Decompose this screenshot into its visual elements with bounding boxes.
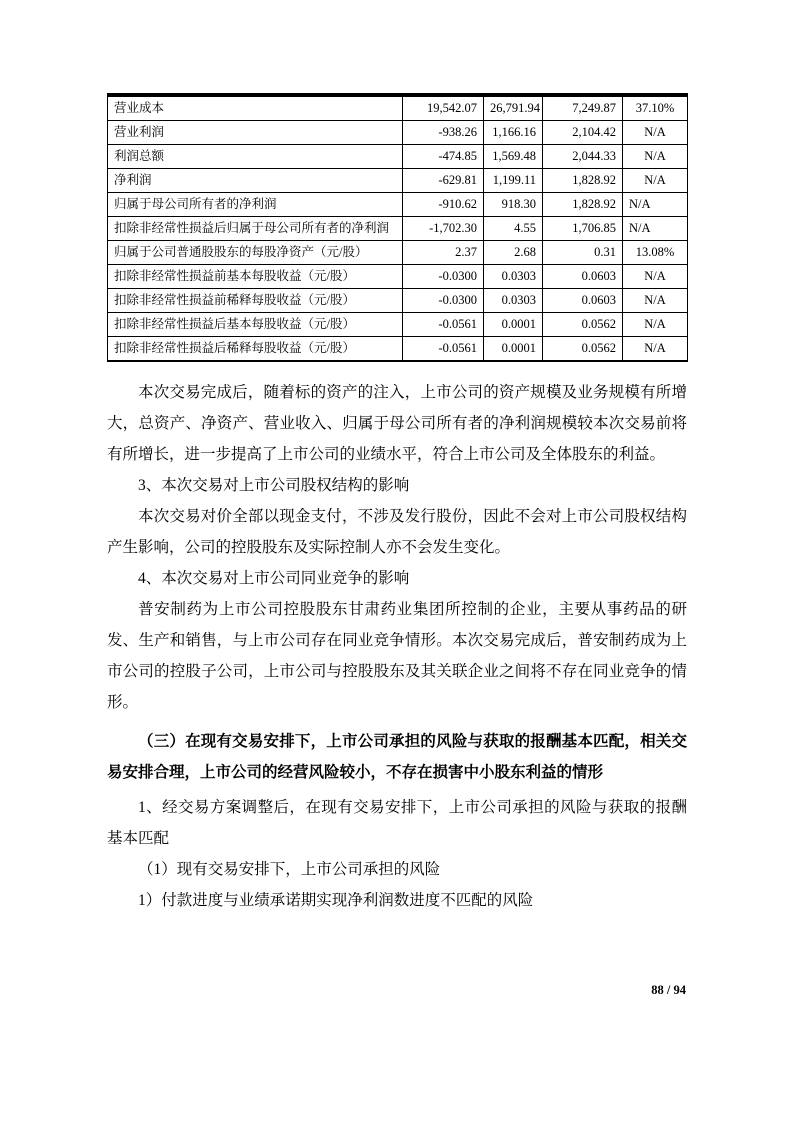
text-blocks: 本次交易完成后，随着标的资产的注入，上市公司的资产规模及业务规模有所增大，总资产… xyxy=(107,377,687,916)
financial-table-body: 营业成本19,542.0726,791.947,249.8737.10%营业利润… xyxy=(108,95,688,361)
row-value: 37.10% xyxy=(623,95,688,121)
row-label: 扣除非经常性损益后归属于母公司所有者的净利润 xyxy=(108,217,403,241)
row-value: 0.0562 xyxy=(543,337,623,362)
table-row: 扣除非经常性损益前基本每股收益（元/股）-0.03000.03030.0603N… xyxy=(108,265,688,289)
row-label: 净利润 xyxy=(108,169,403,193)
row-value: -474.85 xyxy=(403,145,484,169)
table-row: 归属于母公司所有者的净利润-910.62918.301,828.92N/A xyxy=(108,193,688,217)
section-heading-risk-reward: （三）在现有交易安排下，上市公司承担的风险与获取的报酬基本匹配，相关交易安排合理… xyxy=(107,726,687,788)
row-label: 扣除非经常性损益前稀释每股收益（元/股） xyxy=(108,289,403,313)
row-value: 918.30 xyxy=(484,193,543,217)
row-value: 1,706.85 xyxy=(543,217,623,241)
row-value: N/A xyxy=(623,193,688,217)
sub-heading-company-risk: （1）现有交易安排下，上市公司承担的风险 xyxy=(107,854,687,885)
table-row: 扣除非经常性损益后归属于母公司所有者的净利润-1,702.304.551,706… xyxy=(108,217,688,241)
row-label: 归属于公司普通股股东的每股净资产（元/股） xyxy=(108,241,403,265)
row-value: 7,249.87 xyxy=(543,95,623,121)
row-value: -938.26 xyxy=(403,121,484,145)
paragraph-industry-competition: 普安制药为上市公司控股股东甘肃药业集团所控制的企业，主要从事药品的研发、生产和销… xyxy=(107,594,687,718)
row-value: -0.0561 xyxy=(403,337,484,362)
document-content: 营业成本19,542.0726,791.947,249.8737.10%营业利润… xyxy=(107,93,687,916)
table-row: 扣除非经常性损益后基本每股收益（元/股）-0.05610.00010.0562N… xyxy=(108,313,688,337)
row-value: 4.55 xyxy=(484,217,543,241)
table-row: 利润总额-474.851,569.482,044.33N/A xyxy=(108,145,688,169)
row-value: 0.0303 xyxy=(484,289,543,313)
row-value: -0.0300 xyxy=(403,289,484,313)
row-value: 2.37 xyxy=(403,241,484,265)
table-row: 扣除非经常性损益后稀释每股收益（元/股）-0.05610.00010.0562N… xyxy=(108,337,688,362)
row-value: N/A xyxy=(623,145,688,169)
row-value: 0.31 xyxy=(543,241,623,265)
section-heading-4: 4、本次交易对上市公司同业竞争的影响 xyxy=(107,563,687,594)
row-label: 利润总额 xyxy=(108,145,403,169)
row-value: 1,828.92 xyxy=(543,193,623,217)
row-value: 0.0303 xyxy=(484,265,543,289)
row-value: 1,166.16 xyxy=(484,121,543,145)
document-page: 营业成本19,542.0726,791.947,249.8737.10%营业利润… xyxy=(0,0,793,1122)
row-value: -0.0300 xyxy=(403,265,484,289)
row-value: 1,569.48 xyxy=(484,145,543,169)
paragraph-risk-reward-match: 1、经交易方案调整后，在现有交易安排下，上市公司承担的风险与获取的报酬基本匹配 xyxy=(107,792,687,854)
row-label: 扣除非经常性损益后稀释每股收益（元/股） xyxy=(108,337,403,362)
row-value: 1,199.11 xyxy=(484,169,543,193)
row-label: 扣除非经常性损益前基本每股收益（元/股） xyxy=(108,265,403,289)
table-row: 营业成本19,542.0726,791.947,249.8737.10% xyxy=(108,95,688,121)
row-value: -1,702.30 xyxy=(403,217,484,241)
row-value: 1,828.92 xyxy=(543,169,623,193)
row-value: N/A xyxy=(623,121,688,145)
row-value: 0.0001 xyxy=(484,313,543,337)
row-value: 19,542.07 xyxy=(403,95,484,121)
row-value: N/A xyxy=(623,313,688,337)
row-value: 13.08% xyxy=(623,241,688,265)
row-value: N/A xyxy=(623,289,688,313)
row-value: N/A xyxy=(623,169,688,193)
table-row: 净利润-629.811,199.111,828.92N/A xyxy=(108,169,688,193)
row-value: N/A xyxy=(623,337,688,362)
row-value: N/A xyxy=(623,217,688,241)
row-value: 0.0001 xyxy=(484,337,543,362)
row-value: 0.0603 xyxy=(543,289,623,313)
row-label: 归属于母公司所有者的净利润 xyxy=(108,193,403,217)
row-value: N/A xyxy=(623,265,688,289)
page-number: 88 / 94 xyxy=(651,983,686,998)
row-label: 营业利润 xyxy=(108,121,403,145)
row-label: 营业成本 xyxy=(108,95,403,121)
table-row: 归属于公司普通股股东的每股净资产（元/股）2.372.680.3113.08% xyxy=(108,241,688,265)
table-row: 扣除非经常性损益前稀释每股收益（元/股）-0.03000.03030.0603N… xyxy=(108,289,688,313)
financial-table: 营业成本19,542.0726,791.947,249.8737.10%营业利润… xyxy=(107,93,688,362)
paragraph-equity-structure: 本次交易对价全部以现金支付，不涉及发行股份，因此不会对上市公司股权结构产生影响，… xyxy=(107,501,687,563)
row-value: 0.0603 xyxy=(543,265,623,289)
row-value: -629.81 xyxy=(403,169,484,193)
row-value: 26,791.94 xyxy=(484,95,543,121)
table-row: 营业利润-938.261,166.162,104.42N/A xyxy=(108,121,688,145)
row-value: 2.68 xyxy=(484,241,543,265)
row-value: 2,044.33 xyxy=(543,145,623,169)
row-value: 0.0562 xyxy=(543,313,623,337)
row-value: -0.0561 xyxy=(403,313,484,337)
sub-heading-payment-progress-risk: 1）付款进度与业绩承诺期实现净利润数进度不匹配的风险 xyxy=(107,885,687,916)
row-value: 2,104.42 xyxy=(543,121,623,145)
row-value: -910.62 xyxy=(403,193,484,217)
section-heading-3: 3、本次交易对上市公司股权结构的影响 xyxy=(107,470,687,501)
paragraph-transaction-effect: 本次交易完成后，随着标的资产的注入，上市公司的资产规模及业务规模有所增大，总资产… xyxy=(107,377,687,470)
row-label: 扣除非经常性损益后基本每股收益（元/股） xyxy=(108,313,403,337)
